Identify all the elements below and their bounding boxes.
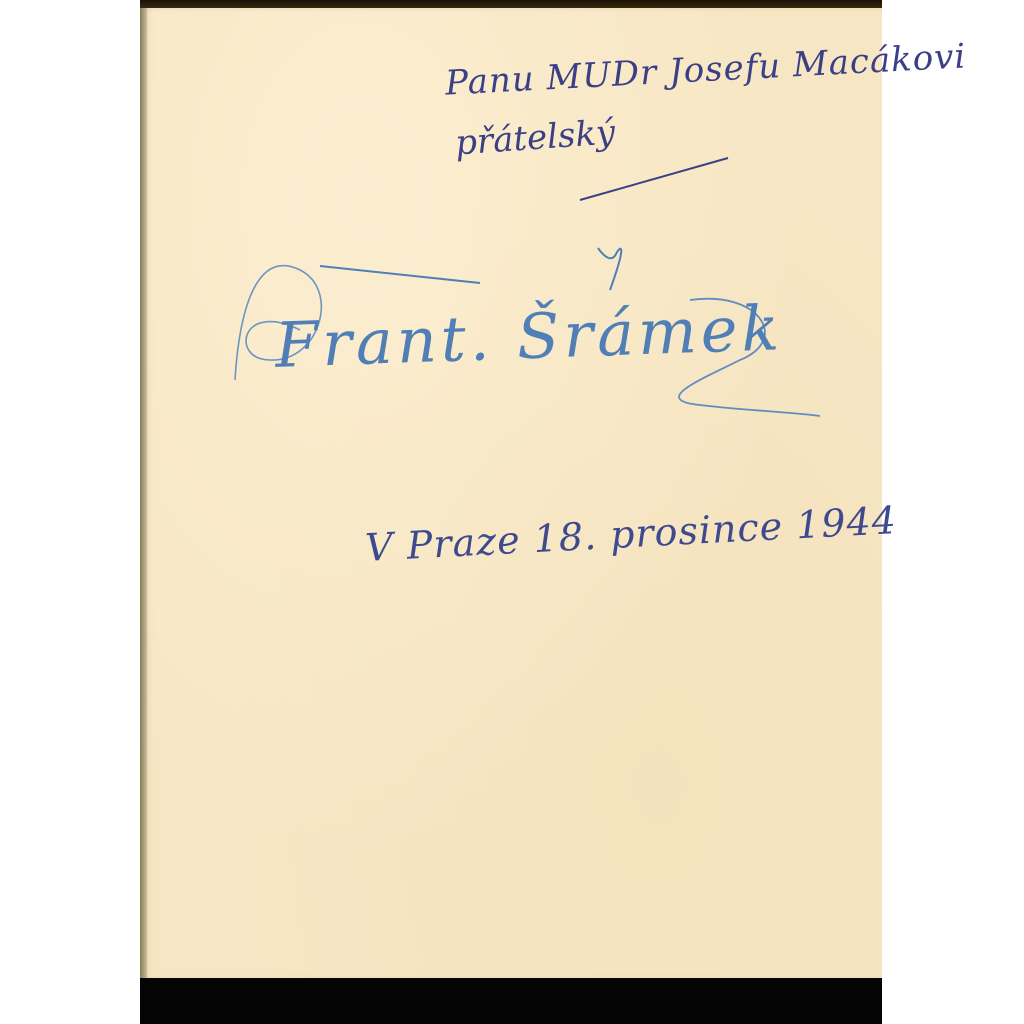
dark-bottom-band <box>140 978 882 1024</box>
page-binding-edge <box>140 8 147 980</box>
